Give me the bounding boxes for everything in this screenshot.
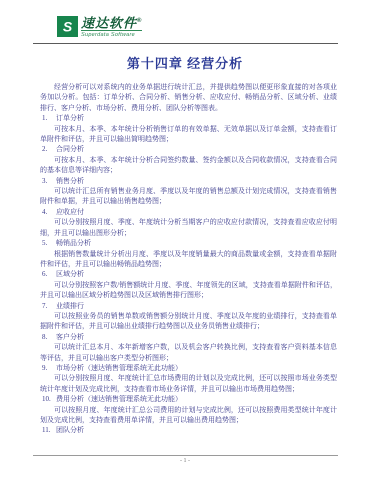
section-number: 4. — [42, 207, 56, 217]
section-number: 9. — [42, 363, 56, 373]
section-body: 可以分别按照客户数/销售额统计月度、季度、年度领先的区域，支持查看单据附件和评估… — [40, 280, 337, 301]
document-body: 经营分析可以对系统内的业务单据进行统计汇总，并提供趋势图以便更形象直接的对各项业… — [40, 82, 337, 436]
section: 4.应收应付 可以分别按照月度、季度、年度统计分析当期客户的应收应付款情况，支持… — [40, 207, 337, 238]
section-body: 可以按照业务员的销售单数或销售额分别统计月度、季度以及年度的业绩排行，支持查看单… — [40, 311, 337, 332]
section: 7.业绩排行 可以按照业务员的销售单数或销售额分别统计月度、季度以及年度的业绩排… — [40, 301, 337, 332]
page-title: 第十四章 经营分析 — [0, 53, 370, 72]
section-number: 7. — [42, 301, 56, 311]
section-title: 合同分析 — [56, 145, 84, 153]
section-title: 客户分析 — [56, 333, 84, 341]
section-heading: 11.团队分析 — [40, 425, 337, 435]
section: 8.客户分析 可以统计汇总本月、本年新增客户数，以及机会客户转换比例，支持查看客… — [40, 332, 337, 363]
section-heading: 10.费用分析（速达销售管理系统无此功能） — [40, 394, 337, 404]
section-body: 可以统计汇总本月、本年新增客户数，以及机会客户转换比例，支持查看客户资料基本信息… — [40, 342, 337, 363]
section-heading: 2.合同分析 — [40, 144, 337, 154]
section-title: 市场分析（速达销售管理系统无此功能） — [56, 364, 182, 372]
section-title: 销售分析 — [56, 177, 84, 185]
document-page: S 速达软件® Superdata Software 第十四章 经营分析 经营分… — [0, 0, 370, 480]
superdata-s-icon: S — [57, 16, 78, 37]
section: 3.销售分析 可以统计汇总所有销售业务月度、季度以及年度的销售总额及计划完成情况… — [40, 176, 337, 207]
section-heading: 7.业绩排行 — [40, 301, 337, 311]
section: 5.畅销品分析 根据销售数量统计分析出月度、季度以及年度销量最大的商品数量或金额… — [40, 238, 337, 269]
section-body: 可以统计汇总所有销售业务月度、季度以及年度的销售总额及计划完成情况，支持查看销售… — [40, 186, 337, 207]
section-heading: 1.订单分析 — [40, 113, 337, 123]
svg-text:S: S — [63, 19, 73, 35]
section-body: 可按本月、本季、本年统计分析销售订单的有效单据、无效单据以及订单金额，支持查看订… — [40, 124, 337, 145]
section-number: 2. — [42, 144, 56, 154]
intro-paragraph: 经营分析可以对系统内的业务单据进行统计汇总，并提供趋势图以便更形象直接的对各项业… — [40, 82, 337, 113]
section-title: 畅销品分析 — [56, 239, 91, 247]
section: 1.订单分析 可按本月、本季、本年统计分析销售订单的有效单据、无效单据以及订单金… — [40, 113, 337, 144]
section: 9.市场分析（速达销售管理系统无此功能） 可以分别按照月度、年度统计汇总市场费用… — [40, 363, 337, 394]
section-number: 10. — [42, 394, 56, 404]
section-body: 根据销售数量统计分析出月度、季度以及年度销量最大的商品数量或金额，支持查看单据附… — [40, 249, 337, 270]
section-heading: 9.市场分析（速达销售管理系统无此功能） — [40, 363, 337, 373]
header-divider — [33, 43, 338, 44]
section-heading: 8.客户分析 — [40, 332, 337, 342]
section: 11.团队分析 — [40, 425, 337, 435]
section-heading: 6.区域分析 — [40, 269, 337, 279]
section-title: 业绩排行 — [56, 302, 84, 310]
section: 6.区域分析 可以分别按照客户数/销售额统计月度、季度、年度领先的区域，支持查看… — [40, 269, 337, 300]
section-number: 8. — [42, 332, 56, 342]
section-number: 11. — [42, 425, 56, 435]
section-number: 5. — [42, 238, 56, 248]
header: S 速达软件® Superdata Software — [57, 14, 142, 38]
section: 2.合同分析 可按本月、本季、本年统计分析合同签约数量、签约金额以及合同收款情况… — [40, 144, 337, 175]
trademark-symbol: ® — [137, 18, 142, 24]
section-title: 订单分析 — [56, 114, 84, 122]
section-body: 可以分别按照月度、季度、年度统计分析当期客户的应收应付款情况，支持查看应收应付明… — [40, 217, 337, 238]
section-number: 1. — [42, 113, 56, 123]
section-title: 费用分析（速达销售管理系统无此功能） — [56, 395, 182, 403]
section-heading: 5.畅销品分析 — [40, 238, 337, 248]
brand-name-en: Superdata Software — [81, 30, 142, 38]
sections: 1.订单分析 可按本月、本季、本年统计分析销售订单的有效单据、无效单据以及订单金… — [40, 113, 337, 436]
section-heading: 4.应收应付 — [40, 207, 337, 217]
page-number: - 1 - — [0, 458, 370, 464]
section-title: 区域分析 — [56, 270, 84, 278]
section-heading: 3.销售分析 — [40, 176, 337, 186]
brand-cn-text: 速达软件 — [81, 15, 137, 30]
section-body: 可以分别按照月度、年度统计汇总市场费用的计划以及完成比例，还可以按照市场业务类型… — [40, 373, 337, 394]
footer-divider — [33, 455, 338, 456]
brand-name-cn: 速达软件® — [81, 14, 142, 30]
logo-text: 速达软件® Superdata Software — [81, 14, 142, 38]
section-title: 应收应付 — [56, 208, 84, 216]
section-number: 6. — [42, 269, 56, 279]
section-body: 可按本月、本季、本年统计分析合同签约数量、签约金额以及合同收款情况，支持查看合同… — [40, 155, 337, 176]
section-number: 3. — [42, 176, 56, 186]
section-title: 团队分析 — [56, 426, 84, 434]
company-logo: S 速达软件® Superdata Software — [57, 14, 142, 38]
section-body: 可以按照月度、年度统计汇总公司费用的计划与完成比例，还可以按照费用类型统计年度计… — [40, 405, 337, 426]
section: 10.费用分析（速达销售管理系统无此功能） 可以按照月度、年度统计汇总公司费用的… — [40, 394, 337, 425]
